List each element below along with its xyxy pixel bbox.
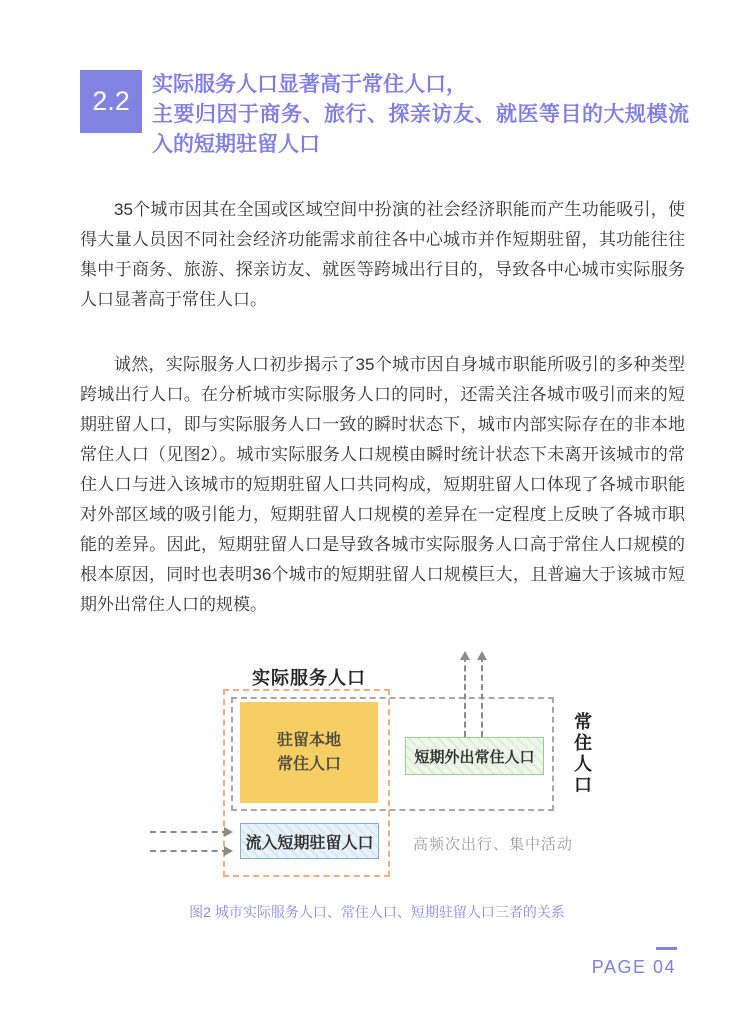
section-title: 实际服务人口显著高于常住人口， 主要归因于商务、旅行、探亲访友、就医等目的大规模…: [152, 70, 689, 160]
local-resident-label-line2: 常住人口: [277, 753, 341, 777]
local-resident-label-line1: 驻留本地: [277, 729, 341, 753]
inflow-short-term-box: 流入短期驻留人口: [240, 823, 379, 859]
trip-note-label: 高频次出行、集中活动: [413, 833, 573, 854]
short-term-out-box: 短期外出常住人口: [405, 737, 544, 775]
page-number: PAGE 04: [592, 957, 676, 978]
paragraph-2: 诚然，实际服务人口初步揭示了35个城市因自身城市职能所吸引的多种类型跨城出行人口…: [80, 350, 685, 620]
right-arrow-icon: [150, 831, 228, 833]
up-arrow-icon: [464, 656, 466, 737]
local-resident-box: 驻留本地 常住人口: [240, 702, 378, 803]
paragraph-1: 35个城市因其在全国或区域空间中扮演的社会经济职能而产生功能吸引，使得大量人员因…: [80, 195, 685, 315]
document-page: 2.2 实际服务人口显著高于常住人口， 主要归因于商务、旅行、探亲访友、就医等目…: [0, 0, 754, 1024]
section-title-line2: 主要归因于商务、旅行、探亲访友、就医等目的大规模流入的短期驻留人口: [152, 103, 689, 156]
footer-divider: [656, 947, 677, 950]
section-title-line1: 实际服务人口显著高于常住人口，: [152, 73, 467, 96]
right-arrow-icon: [150, 850, 228, 852]
resident-population-label: 常住人口: [569, 712, 595, 808]
figure-caption: 图2 城市实际服务人口、常住人口、短期驻留人口三者的关系: [0, 902, 754, 922]
up-arrow-icon: [481, 656, 483, 737]
service-population-title: 实际服务人口: [252, 664, 392, 690]
section-number-badge: 2.2: [80, 70, 142, 133]
body-text: 35个城市因其在全国或区域空间中扮演的社会经济职能而产生功能吸引，使得大量人员因…: [80, 195, 685, 620]
figure-2-diagram: 实际服务人口 驻留本地 常住人口 短期外出常住人口 流入短期驻留人口 常住人口 …: [0, 640, 754, 932]
